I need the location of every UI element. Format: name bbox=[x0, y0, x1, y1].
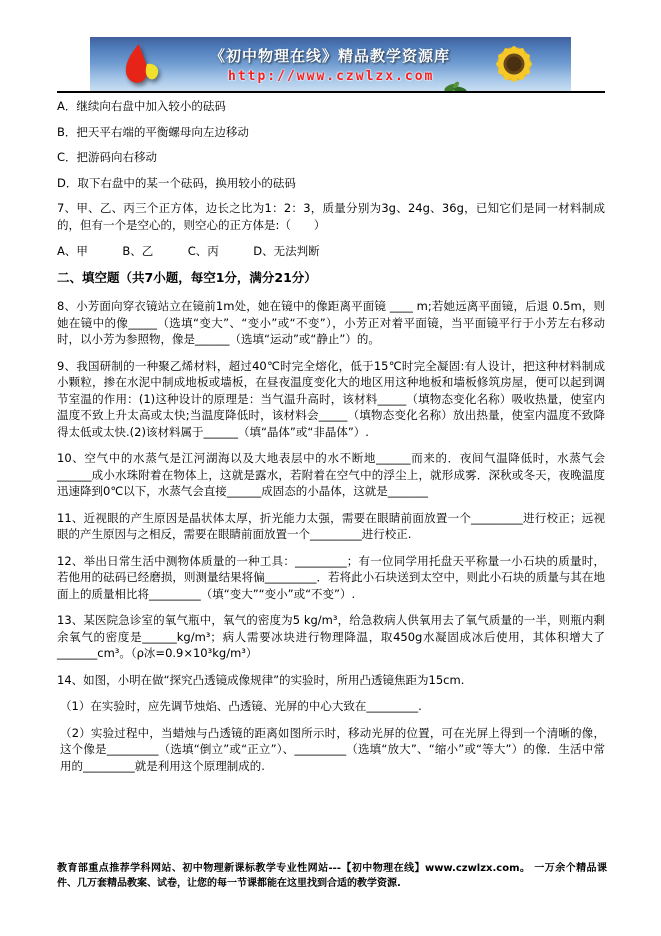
question-13-text: 13、某医院急诊室的氧气瓶中，氧气的密度为5 kg/m³，给急救病人供氧用去了氧… bbox=[57, 612, 605, 662]
site-banner: 《初中物理在线》精品教学资源库 http://www.czwlzx.com bbox=[90, 37, 571, 91]
document-page: 《初中物理在线》精品教学资源库 http://www.czwlzx.com bbox=[0, 0, 661, 936]
question-12-text: 12、举出日常生活中测物体质量的一种工具：_________；有一位同学用托盘天… bbox=[57, 553, 605, 603]
question-14-part2: （2）实验过程中，当蜡烛与凸透镜的距离如图所示时，移动光屏的位置，可在光屏上得到… bbox=[57, 725, 605, 775]
header-divider bbox=[57, 91, 605, 93]
footer-note: 教育部重点推荐学科网站、初中物理新课标教学专业性网站---【初中物理在线】www… bbox=[57, 861, 607, 891]
sunflower-image bbox=[477, 37, 551, 91]
question-11-text: 11、近视眼的产生原因是晶状体太厚，折光能力太强，需要在眼睛前面放置一个____… bbox=[57, 510, 605, 543]
choice-option-c: C．把游码向右移动 bbox=[57, 149, 605, 166]
banner-url-link[interactable]: http://www.czwlzx.com bbox=[228, 69, 434, 84]
section-2-title: 二、填空题（共7小题，每空1分，满分21分） bbox=[57, 270, 605, 287]
question-7-text: 7、甲、乙、丙三个正方体，边长之比为1：2：3，质量分别为3g、24g、36g，… bbox=[57, 200, 605, 233]
site-logo-icon bbox=[118, 42, 160, 86]
choice-option-a: A．继续向右盘中加入较小的砝码 bbox=[57, 98, 605, 115]
question-8-text: 8、小芳面向穿衣镜站立在镜前1m处，她在镜中的像距离平面镜 ____ m;若她远… bbox=[57, 298, 605, 348]
question-14-part1: （1）在实验时，应先调节烛焰、凸透镜、光屏的中心大致在_________. bbox=[57, 698, 605, 715]
question-14-intro: 14、如图，小明在做“探究凸透镜成像规律”的实验时，所用凸透镜焦距为15cm. bbox=[57, 672, 605, 689]
choice-option-d: D．取下右盘中的某一个砝码，换用较小的砝码 bbox=[57, 175, 605, 192]
content-area: A．继续向右盘中加入较小的砝码 B．把天平右端的平衡螺母向左边移动 C．把游码向… bbox=[57, 98, 605, 784]
question-9-text: 9、我国研制的一种聚乙烯材料，超过40℃时完全熔化，低于15℃时完全凝固:有人设… bbox=[57, 358, 605, 441]
banner-title: 《初中物理在线》精品教学资源库 bbox=[190, 45, 470, 66]
plant-leaves-image bbox=[443, 79, 469, 91]
question-7-options: A、甲 B、乙 C、丙 D、无法判断 bbox=[57, 243, 605, 260]
choice-option-b: B．把天平右端的平衡螺母向左边移动 bbox=[57, 124, 605, 141]
question-10-text: 10、空气中的水蒸气是江河湖海以及大地表层中的水不断地______而来的．夜间气… bbox=[57, 450, 605, 500]
